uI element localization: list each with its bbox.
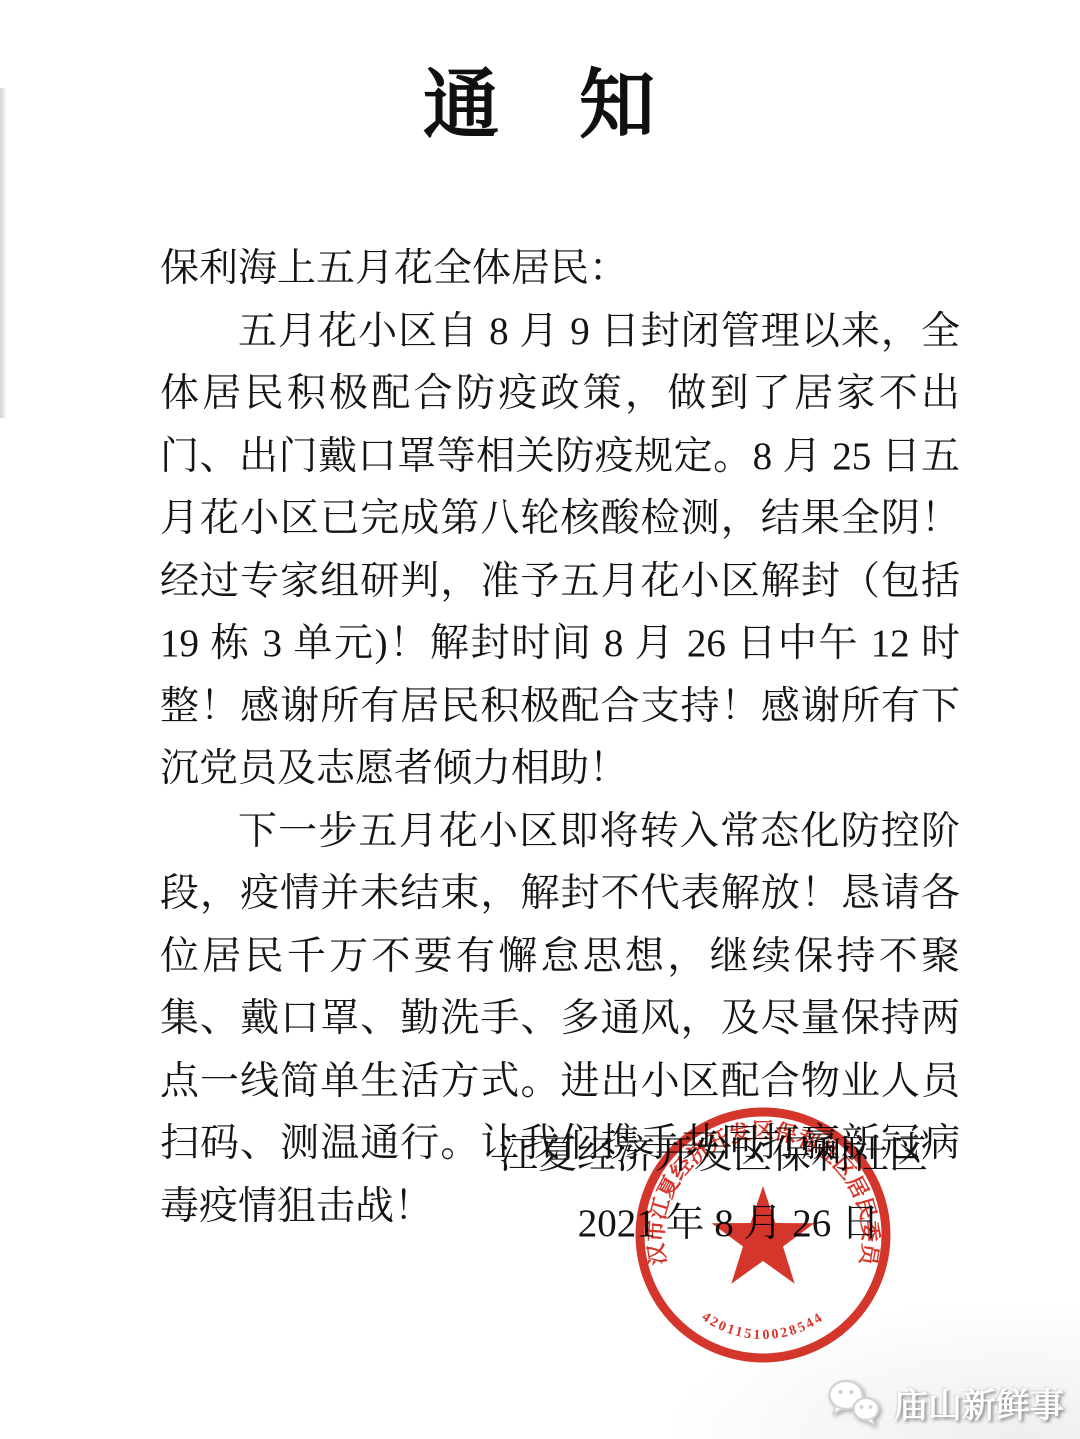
signature-block: 江夏经济开发区保利社区 2021 年 8 月 26 日 — [0, 1122, 1080, 1258]
official-seal: 武汉市江夏经济开发区保利社区居民委员会 42011510028544 — [626, 1098, 900, 1372]
signature: 江夏经济开发区保利社区 — [0, 1122, 1080, 1190]
document-body: 保利海上五月花全体居民： 五月花小区自 8 月 9 日封闭管理以来，全体居民积极… — [160, 238, 960, 1238]
document-date: 2021 年 8 月 26 日 — [0, 1190, 1080, 1258]
notice-document: 通 知 保利海上五月花全体居民： 五月花小区自 8 月 9 日封闭管理以来，全体… — [0, 0, 1080, 1439]
watermark-label: 庙山新鲜事 — [894, 1378, 1064, 1427]
official-seal-graphic: 武汉市江夏经济开发区保利社区居民委员会 42011510028544 — [626, 1098, 900, 1372]
wechat-icon — [826, 1377, 882, 1427]
watermark: 庙山新鲜事 — [826, 1377, 1064, 1427]
seal-serial-number: 42011510028544 — [699, 1310, 827, 1344]
document-title: 通 知 — [0, 44, 1080, 153]
salutation: 保利海上五月花全体居民： — [160, 238, 960, 301]
seal-star-icon — [712, 1186, 815, 1284]
paragraph-1: 五月花小区自 8 月 9 日封闭管理以来，全体居民积极配合防疫政策，做到了居家不… — [160, 301, 960, 801]
